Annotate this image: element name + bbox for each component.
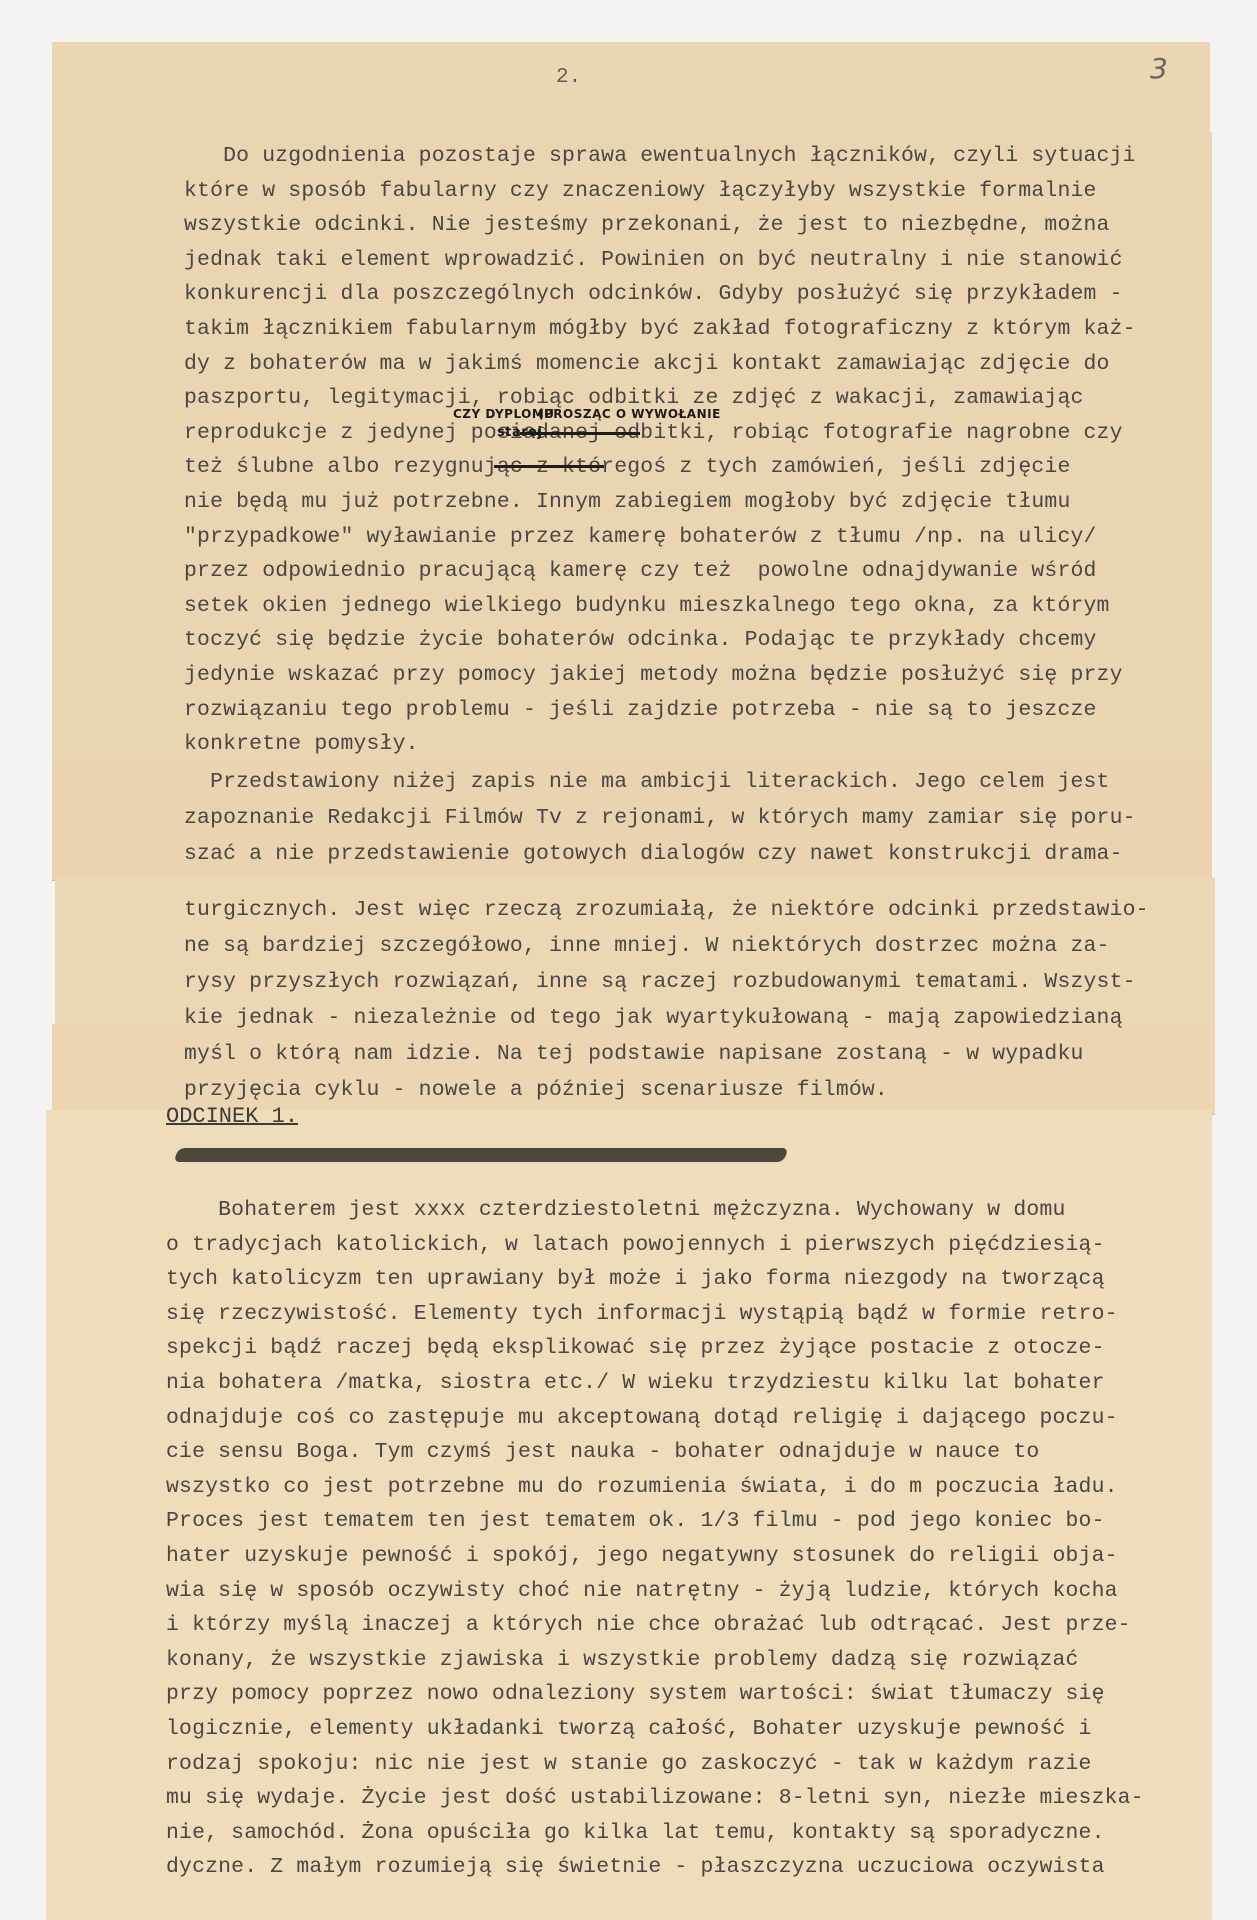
typed-text: Do uzgodnienia pozostaje sprawa ewentual… — [0, 0, 1257, 1920]
text-line: tych katolicyzm ten uprawiany był może i… — [166, 1267, 1105, 1291]
text-line: o tradycjach katolickich, w latach powoj… — [166, 1233, 1105, 1257]
text-line: nie będą mu już potrzebne. Innym zabiegi… — [184, 490, 1070, 514]
text-line: nia bohatera /matka, siostra etc./ W wie… — [166, 1371, 1105, 1395]
text-line: też ślubne albo rezygnując z któregoś z … — [184, 455, 1070, 479]
text-line: hater uzyskuje pewność i spokój, jego ne… — [166, 1544, 1118, 1568]
text-line: cie sensu Boga. Tym czymś jest nauka - b… — [166, 1440, 1039, 1464]
text-line: kie jednak - niezależnie od tego jak wya… — [184, 1006, 1123, 1030]
text-line: rozwiązaniu tego problemu - jeśli zajdzi… — [184, 698, 1097, 722]
text-line: mu się wydaje. Życie jest dość ustabiliz… — [166, 1786, 1144, 1810]
strike-line-1 — [520, 432, 640, 435]
text-line: nie, samochód. Żona opuściła go kilka la… — [166, 1821, 1105, 1845]
text-line: przez odpowiednio pracującą kamerę czy t… — [184, 559, 1097, 583]
text-line: turgicznych. Jest więc rzeczą zrozumiałą… — [184, 898, 1149, 922]
text-line: które w sposób fabularny czy znaczeniowy… — [184, 179, 1097, 203]
text-line: wszystkie odcinki. Nie jesteśmy przekona… — [184, 213, 1110, 237]
text-line: przy pomocy poprzez nowo odnaleziony sys… — [166, 1682, 1105, 1706]
text-line: szać a nie przedstawienie gotowych dialo… — [184, 842, 1123, 866]
text-line: dy z bohaterów ma w jakimś momencie akcj… — [184, 352, 1110, 376]
text-line: takim łącznikiem fabularnym mógłby być z… — [184, 317, 1136, 341]
handwritten-insert-develop: (PROSZĄC O WYWOŁANIE — [538, 407, 721, 421]
text-line: wszystko co jest potrzebne mu do rozumie… — [166, 1475, 1118, 1499]
text-line: "przypadkowe" wyławianie przez kamerę bo… — [184, 525, 1097, 549]
episode-heading: ODCINEK 1. — [166, 1104, 298, 1129]
text-line: wia się w sposób oczywisty choć nie natr… — [166, 1579, 1118, 1603]
text-line: logicznie, elementy układanki tworzą cał… — [166, 1717, 1092, 1741]
text-line: myśl o którą nam idzie. Na tej podstawie… — [184, 1042, 1084, 1066]
text-line: toczyć się będzie życie bohaterów odcink… — [184, 628, 1097, 652]
text-line: Proces jest tematem ten jest tematem ok.… — [166, 1509, 1105, 1533]
text-line: Do uzgodnienia pozostaje sprawa ewentual… — [184, 144, 1136, 168]
text-line: setek okien jednego wielkiego budynku mi… — [184, 594, 1110, 618]
text-line: odnajduje coś co zastępuje mu akceptowan… — [166, 1406, 1118, 1430]
text-line: spekcji bądź raczej będą eksplikować się… — [166, 1336, 1105, 1360]
text-line: rysy przyszłych rozwiązań, inne są racze… — [184, 970, 1136, 994]
text-line: Bohaterem jest xxxx czterdziestoletni mę… — [166, 1198, 1066, 1222]
text-line: jedynie wskazać przy pomocy jakiej metod… — [184, 663, 1123, 687]
text-line: się rzeczywistość. Elementy tych informa… — [166, 1302, 1118, 1326]
text-line: przyjęcia cyklu - nowele a później scena… — [184, 1078, 888, 1102]
text-line: i którzy myślą inaczej a których nie chc… — [166, 1613, 1131, 1637]
text-line: konkretne pomysły. — [184, 732, 419, 756]
text-line: rodzaj spokoju: nic nie jest w stanie go… — [166, 1752, 1092, 1776]
scribbled-out-line — [173, 1148, 788, 1162]
text-line: reprodukcje z jedynej posiadanej odbitki… — [184, 421, 1123, 445]
text-line: ne są bardziej szczegółowo, inne mniej. … — [184, 934, 1110, 958]
text-line: konkurencji dla poszczególnych odcinków.… — [184, 282, 1123, 306]
text-line: jednak taki element wprowadzić. Powinien… — [184, 248, 1123, 272]
text-line: konany, że wszystkie zjawiska i wszystki… — [166, 1648, 1079, 1672]
text-line: Przedstawiony niżej zapis nie ma ambicji… — [184, 770, 1110, 794]
text-line: dyczne. Z małym rozumieją się świetnie -… — [166, 1855, 1105, 1879]
text-line: zapoznanie Redakcji Filmów Tv z rejonami… — [184, 806, 1136, 830]
strike-line-2 — [494, 465, 604, 468]
